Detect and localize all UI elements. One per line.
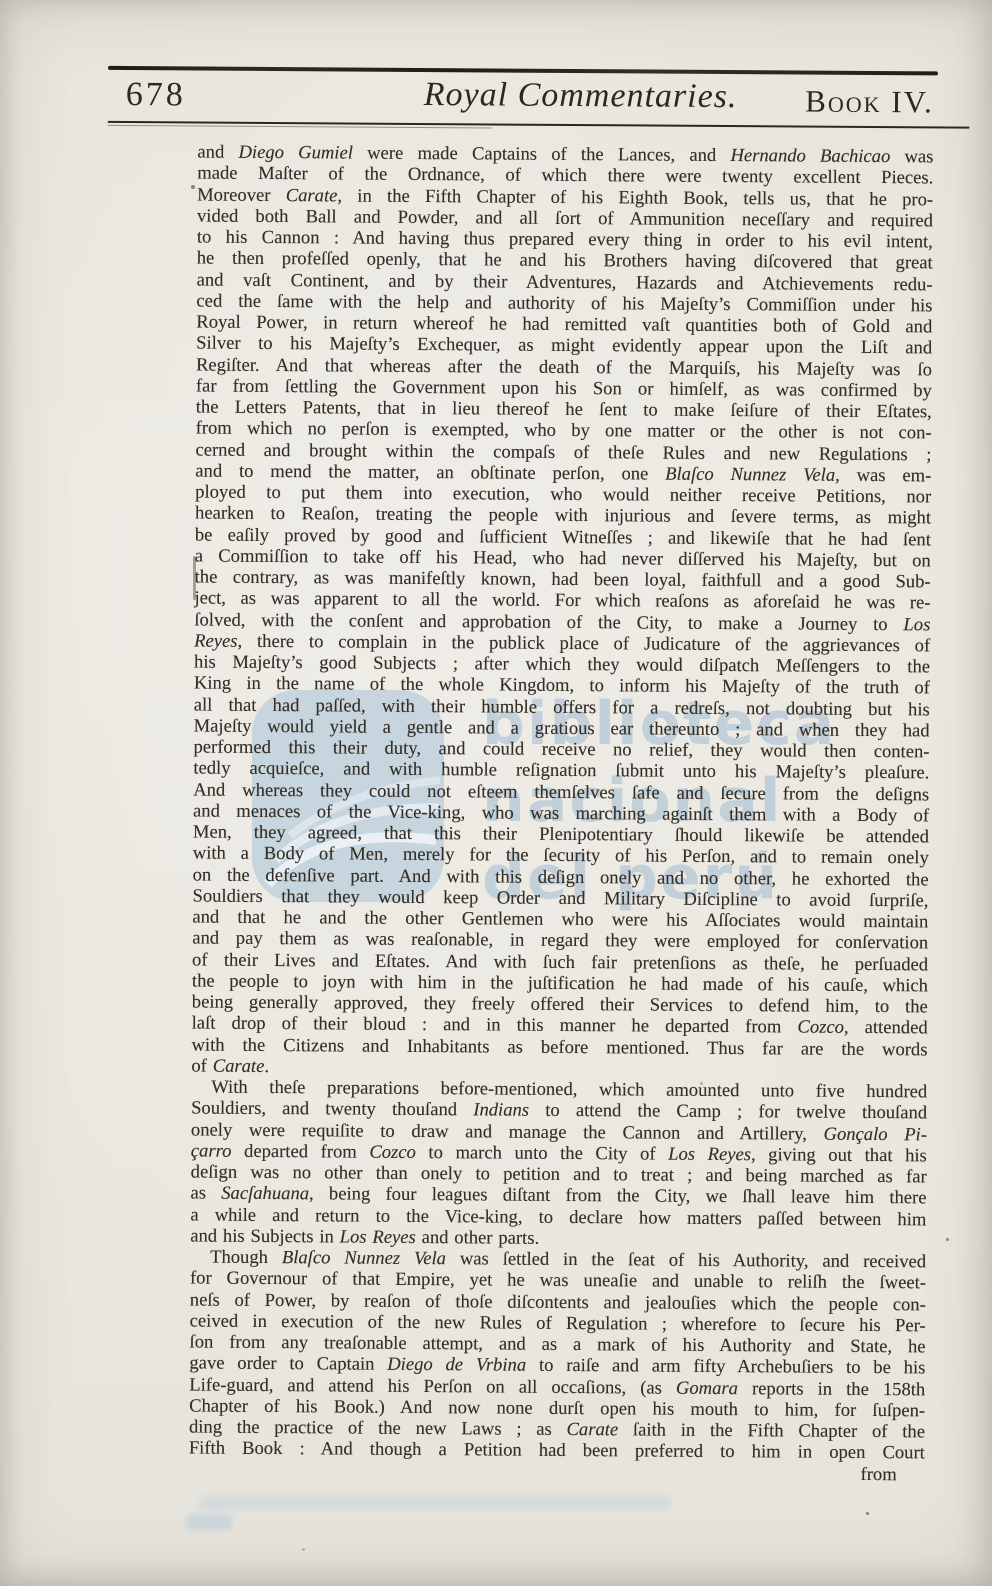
- running-title: Royal Commentaries.: [424, 76, 738, 116]
- printed-block: 678 Royal Commentaries. Book IV. and Die…: [0, 0, 992, 1586]
- header-rule-top: [108, 66, 938, 76]
- page-number: 678: [126, 76, 186, 114]
- body-paragraph: With theſe preparations before-mentioned…: [190, 1076, 927, 1251]
- body-paragraph: and Diego Gumiel were made Captains of t…: [191, 142, 933, 1082]
- ink-artifact: [193, 556, 196, 600]
- book-label: Book IV.: [805, 84, 934, 121]
- body-paragraph: Though Blaſco Nunnez Vela was ſettled in…: [189, 1246, 926, 1463]
- ink-speck: [946, 1238, 949, 1241]
- header-rule-bottom: [108, 121, 970, 129]
- page-text: and Diego Gumiel were made Captains of t…: [189, 142, 934, 1486]
- ink-speck: [700, 1082, 703, 1085]
- header-rule-bottom-echo: [108, 125, 492, 129]
- ink-speck: [191, 185, 195, 189]
- ink-speck: [302, 1548, 305, 1551]
- book-page: biblioteca nacional del perú 678 Royal C…: [0, 0, 992, 1586]
- ink-speck: [866, 1512, 869, 1515]
